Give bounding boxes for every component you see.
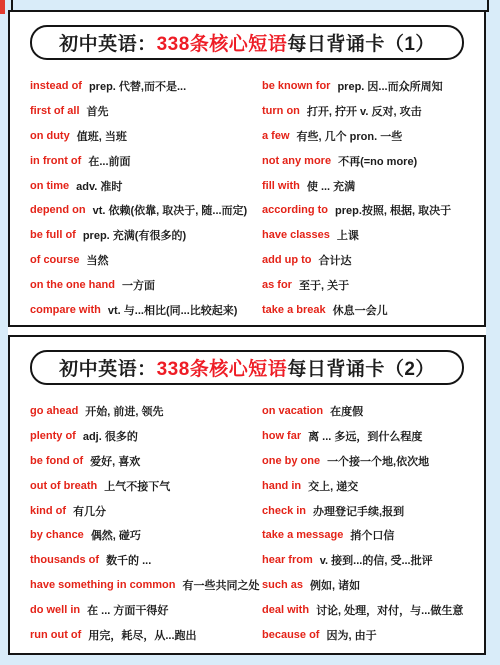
phrase-row: because of因为, 由于 bbox=[262, 622, 463, 647]
card-1-left-column: instead ofprep. 代替,而不是...first of all首先o… bbox=[30, 74, 247, 322]
phrase-card-2: 初中英语：338条核心短语每日背诵卡（2） go ahead开始, 前进, 领先… bbox=[8, 335, 486, 655]
phrase-english: a few bbox=[262, 130, 290, 142]
phrase-english: by chance bbox=[30, 529, 84, 541]
phrase-english: have classes bbox=[262, 229, 330, 241]
phrase-chinese: 有几分 bbox=[73, 503, 106, 519]
phrase-row: depend onvt. 依赖(依靠, 取决于, 随...而定) bbox=[30, 198, 247, 223]
phrase-row: be known forprep. 因...而众所周知 bbox=[262, 74, 451, 99]
phrase-english: out of breath bbox=[30, 480, 97, 492]
card-title-suffix: 每日背诵卡（2） bbox=[287, 354, 435, 381]
phrase-row: have classes上课 bbox=[262, 223, 451, 248]
phrase-english: deal with bbox=[262, 604, 309, 616]
phrase-english: be known for bbox=[262, 80, 330, 92]
phrase-english: on the one hand bbox=[30, 279, 115, 291]
phrase-chinese: 开始, 前进, 领先 bbox=[85, 403, 163, 419]
phrase-english: add up to bbox=[262, 254, 312, 266]
phrase-row: first of all首先 bbox=[30, 99, 247, 124]
phrase-chinese: 办理登记手续,报到 bbox=[313, 503, 404, 519]
phrase-english: take a message bbox=[262, 529, 343, 541]
phrase-chinese: 有些, 几个 pron. 一些 bbox=[297, 128, 403, 144]
phrase-chinese: 值班, 当班 bbox=[77, 128, 127, 144]
phrase-chinese: 有一些共同之处 bbox=[182, 577, 259, 593]
phrase-english: instead of bbox=[30, 80, 82, 92]
phrase-chinese: prep. 代替,而不是... bbox=[89, 78, 186, 94]
phrase-chinese: 首先 bbox=[87, 103, 109, 119]
phrase-english: of course bbox=[30, 254, 80, 266]
phrase-chinese: 在...前面 bbox=[88, 153, 130, 169]
phrase-chinese: prep.按照, 根据, 取决于 bbox=[335, 202, 451, 218]
phrase-english: because of bbox=[262, 629, 319, 641]
phrase-chinese: 休息一会儿 bbox=[333, 302, 388, 318]
phrase-row: compare withvt. 与...相比(同...比较起来) bbox=[30, 297, 247, 322]
phrase-chinese: 合计达 bbox=[319, 252, 352, 268]
phrase-english: plenty of bbox=[30, 430, 76, 442]
phrase-english: on time bbox=[30, 180, 69, 192]
phrase-chinese: v. 接到...的信, 受...批评 bbox=[320, 552, 433, 568]
phrase-english: not any more bbox=[262, 155, 331, 167]
phrase-row: out of breath上气不接下气 bbox=[30, 473, 259, 498]
phrase-chinese: 因为, 由于 bbox=[326, 627, 376, 643]
phrase-english: take a break bbox=[262, 304, 326, 316]
phrase-english: how far bbox=[262, 430, 301, 442]
phrase-english: kind of bbox=[30, 505, 66, 517]
red-corner-bar bbox=[0, 0, 5, 14]
phrase-english: thousands of bbox=[30, 554, 99, 566]
phrase-english: compare with bbox=[30, 304, 101, 316]
phrase-chinese: 上气不接下气 bbox=[104, 478, 170, 494]
phrase-english: first of all bbox=[30, 105, 80, 117]
phrase-row: fill with使 ... 充满 bbox=[262, 173, 451, 198]
phrase-english: hand in bbox=[262, 480, 301, 492]
phrase-chinese: prep. 充满(有很多的) bbox=[83, 227, 186, 243]
phrase-row: hear fromv. 接到...的信, 受...批评 bbox=[262, 548, 463, 573]
card-title-highlight: 338条核心短语 bbox=[157, 354, 288, 381]
phrase-row: of course当然 bbox=[30, 248, 247, 273]
phrase-chinese: 捎个口信 bbox=[350, 527, 394, 543]
phrase-row: kind of有几分 bbox=[30, 498, 259, 523]
phrase-card-1: 初中英语：338条核心短语每日背诵卡（1） instead ofprep. 代替… bbox=[8, 10, 486, 327]
phrase-chinese: adj. 很多的 bbox=[83, 428, 138, 444]
phrase-row: hand in交上, 递交 bbox=[262, 473, 463, 498]
phrase-chinese: vt. 依赖(依靠, 取决于, 随...而定) bbox=[93, 202, 248, 218]
phrase-chinese: 不再(=no more) bbox=[338, 153, 417, 169]
phrase-english: according to bbox=[262, 204, 328, 216]
phrase-row: in front of在...前面 bbox=[30, 148, 247, 173]
phrase-chinese: 交上, 递交 bbox=[308, 478, 358, 494]
phrase-row: by chance偶然, 碰巧 bbox=[30, 523, 259, 548]
phrase-english: depend on bbox=[30, 204, 86, 216]
phrase-chinese: 数千的 ... bbox=[106, 552, 151, 568]
phrase-english: hear from bbox=[262, 554, 313, 566]
phrase-row: check in办理登记手续,报到 bbox=[262, 498, 463, 523]
phrase-row: be fond of爱好, 喜欢 bbox=[30, 449, 259, 474]
card-2-title: 初中英语：338条核心短语每日背诵卡（2） bbox=[30, 350, 464, 385]
phrase-row: go ahead开始, 前进, 领先 bbox=[30, 399, 259, 424]
phrase-chinese: vt. 与...相比(同...比较起来) bbox=[108, 302, 238, 318]
card-separator-gap bbox=[8, 327, 486, 335]
phrase-english: do well in bbox=[30, 604, 80, 616]
phrase-chinese: prep. 因...而众所周知 bbox=[337, 78, 442, 94]
phrase-row: not any more不再(=no more) bbox=[262, 148, 451, 173]
phrase-row: such as例如, 诸如 bbox=[262, 573, 463, 598]
phrase-row: on duty值班, 当班 bbox=[30, 124, 247, 149]
phrase-row: a few有些, 几个 pron. 一些 bbox=[262, 124, 451, 149]
phrase-row: deal with讨论, 处理，对付，与...做生意 bbox=[262, 597, 463, 622]
phrase-chinese: 在度假 bbox=[330, 403, 363, 419]
phrase-row: add up to合计达 bbox=[262, 248, 451, 273]
phrase-chinese: 在 ... 方面干得好 bbox=[87, 602, 168, 618]
phrase-english: go ahead bbox=[30, 405, 78, 417]
phrase-english: as for bbox=[262, 279, 292, 291]
card-title-prefix: 初中英语： bbox=[59, 354, 157, 381]
card-2-left-column: go ahead开始, 前进, 领先plenty ofadj. 很多的be fo… bbox=[30, 399, 259, 647]
phrase-chinese: 一个接一个地,依次地 bbox=[327, 453, 429, 469]
phrase-english: on duty bbox=[30, 130, 70, 142]
phrase-chinese: 偶然, 碰巧 bbox=[91, 527, 141, 543]
phrase-chinese: 上课 bbox=[337, 227, 359, 243]
phrase-row: be full ofprep. 充满(有很多的) bbox=[30, 223, 247, 248]
phrase-english: one by one bbox=[262, 455, 320, 467]
phrase-english: run out of bbox=[30, 629, 81, 641]
phrase-row: how far离 ... 多远，到什么程度 bbox=[262, 424, 463, 449]
phrase-chinese: 打开, 拧开 v. 反对, 攻击 bbox=[307, 103, 422, 119]
card-title-suffix: 每日背诵卡（1） bbox=[287, 29, 435, 56]
phrase-english: in front of bbox=[30, 155, 81, 167]
phrase-english: turn on bbox=[262, 105, 300, 117]
card-2-right-column: on vacation在度假how far离 ... 多远，到什么程度one b… bbox=[262, 399, 463, 647]
phrase-row: according toprep.按照, 根据, 取决于 bbox=[262, 198, 451, 223]
phrase-row: take a message捎个口信 bbox=[262, 523, 463, 548]
phrase-chinese: 用完，耗尽，从...跑出 bbox=[88, 627, 196, 643]
phrase-english: on vacation bbox=[262, 405, 323, 417]
phrase-chinese: 离 ... 多远，到什么程度 bbox=[308, 428, 422, 444]
phrase-row: instead ofprep. 代替,而不是... bbox=[30, 74, 247, 99]
phrase-chinese: 例如, 诸如 bbox=[310, 577, 360, 593]
phrase-chinese: 当然 bbox=[87, 252, 109, 268]
phrase-chinese: 一方面 bbox=[122, 277, 155, 293]
phrase-row: have something in common有一些共同之处 bbox=[30, 573, 259, 598]
phrase-card-page: { "colors": { "background": "#d9ecf9", "… bbox=[0, 0, 500, 665]
phrase-chinese: 使 ... 充满 bbox=[307, 178, 355, 194]
phrase-english: such as bbox=[262, 579, 303, 591]
card-title-highlight: 338条核心短语 bbox=[157, 29, 288, 56]
phrase-row: on the one hand一方面 bbox=[30, 272, 247, 297]
phrase-english: be full of bbox=[30, 229, 76, 241]
phrase-chinese: 爱好, 喜欢 bbox=[90, 453, 140, 469]
phrase-english: be fond of bbox=[30, 455, 83, 467]
phrase-row: plenty ofadj. 很多的 bbox=[30, 424, 259, 449]
phrase-row: one by one一个接一个地,依次地 bbox=[262, 449, 463, 474]
phrase-chinese: 讨论, 处理，对付，与...做生意 bbox=[316, 602, 463, 618]
phrase-english: fill with bbox=[262, 180, 300, 192]
phrase-row: thousands of数千的 ... bbox=[30, 548, 259, 573]
card-1-title: 初中英语：338条核心短语每日背诵卡（1） bbox=[30, 25, 464, 60]
phrase-row: on timeadv. 准时 bbox=[30, 173, 247, 198]
card-1-right-column: be known forprep. 因...而众所周知turn on打开, 拧开… bbox=[262, 74, 451, 322]
phrase-row: do well in在 ... 方面干得好 bbox=[30, 597, 259, 622]
phrase-english: have something in common bbox=[30, 579, 175, 591]
phrase-english: check in bbox=[262, 505, 306, 517]
phrase-row: turn on打开, 拧开 v. 反对, 攻击 bbox=[262, 99, 451, 124]
phrase-row: on vacation在度假 bbox=[262, 399, 463, 424]
phrase-chinese: 至于, 关于 bbox=[299, 277, 349, 293]
phrase-row: run out of用完，耗尽，从...跑出 bbox=[30, 622, 259, 647]
card-title-prefix: 初中英语： bbox=[59, 29, 157, 56]
phrase-row: as for至于, 关于 bbox=[262, 272, 451, 297]
phrase-row: take a break休息一会儿 bbox=[262, 297, 451, 322]
phrase-chinese: adv. 准时 bbox=[76, 178, 122, 194]
